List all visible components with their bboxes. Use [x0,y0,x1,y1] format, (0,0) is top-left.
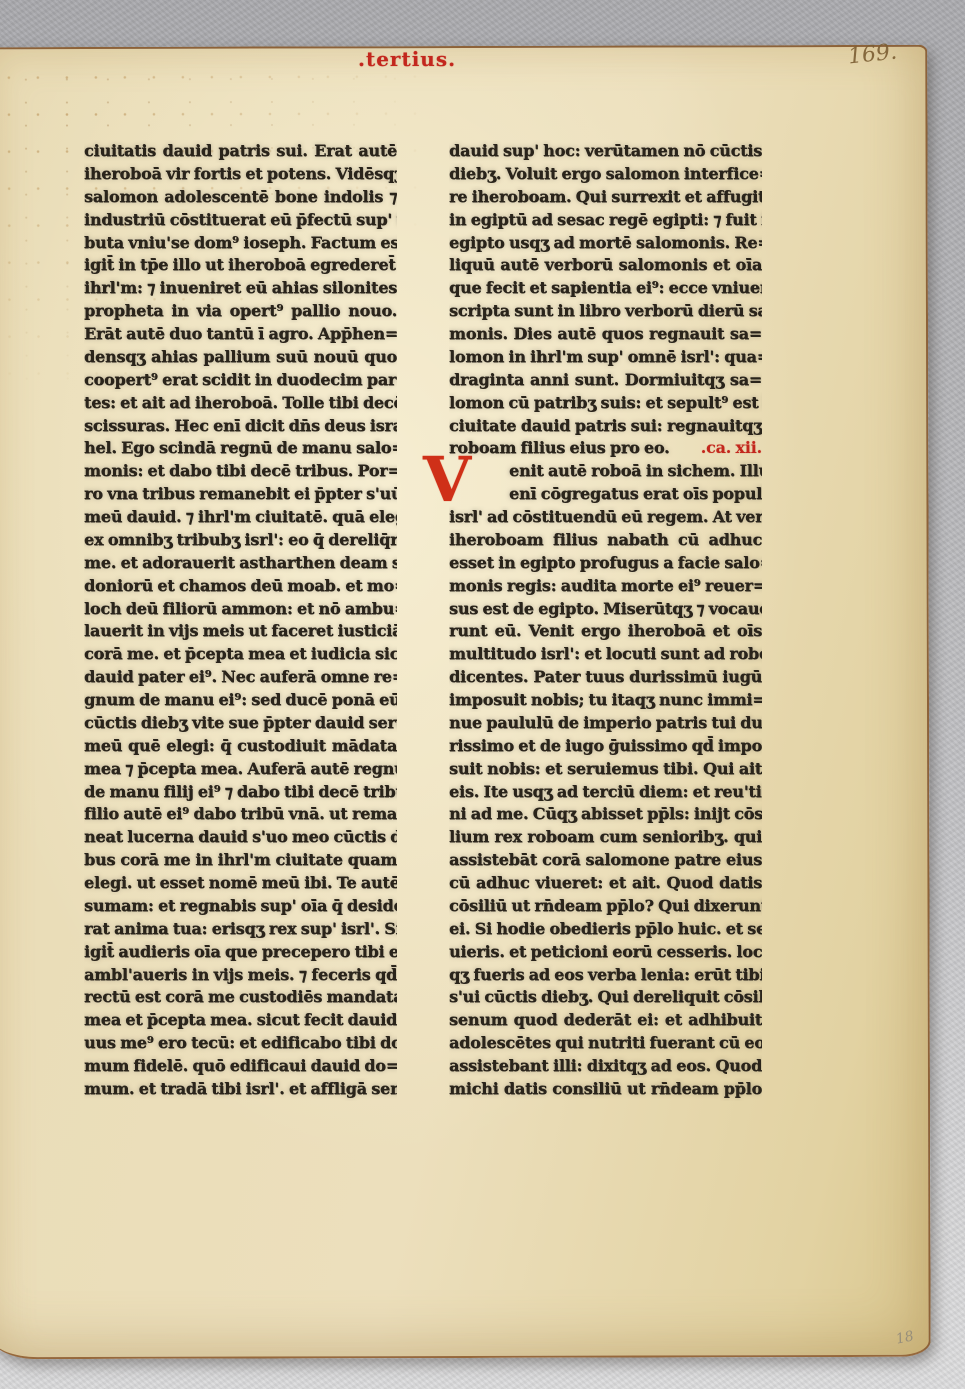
text-line: ciuitate dauid patris sui: regnauitqʒ [449,415,762,438]
drop-cap-initial: V [423,456,471,506]
text-line: ni ad me. Cūqʒ abisset pp̄ls: inijt cōsi… [449,803,762,826]
text-line: ciuitatis dauid patris sui. Erat autē [84,140,397,163]
text-line: egipto usqʒ ad mortē salomonis. Re= [449,232,762,255]
text-line: senum quod dederāt ei: et adhibuit [449,1009,762,1032]
running-title: .tertius. [358,47,478,71]
text-line: igit̄ in tp̄e illo ut iheroboā egrederet… [84,254,397,277]
text-line: mea ⁊ p̄cepta mea. Auferā autē regnū [84,758,397,781]
text-line: mum fidelē. quō edificaui dauid do= [84,1055,397,1078]
text-line-segment: roboam filius eius pro eo. [449,437,669,460]
text-line: tes: et ait ad iheroboā. Tolle tibi decē [84,392,397,415]
text-line: mea et p̄cepta mea. sicut fecit dauid se… [84,1009,397,1032]
text-line: elegi. ut esset nomē meū ibi. Te autē as… [84,872,397,895]
text-line: monis: et dabo tibi decē tribus. Por= [84,460,397,483]
text-line: cōsiliū ut rn̄deam pp̄lo? Qui dixerunt [449,895,762,918]
photo-canvas: { "page": { "running_title": ".tertius."… [0,0,965,1389]
text-line: uieris. et peticioni eorū cesseris. locu… [449,941,762,964]
text-line: multitudo isrl': et locuti sunt ad roboā [449,643,762,666]
text-line: loch deū filiorū ammon: et nō ambu= [84,598,397,621]
text-line: nue paululū de imperio patris tui du= [449,712,762,735]
text-line: scissuras. Hec enī dicit dn̄s deus isra= [84,415,397,438]
text-line: esset in egipto profugus a facie salo= [449,552,762,575]
text-line: industriū cōstituerat eū p̄fectū sup' tr… [84,209,397,232]
text-line: ei. Si hodie obedieris pp̄lo huic. et se… [449,918,762,941]
text-line: neat lucerna dauid s'uo meo cūctis die= [84,826,397,849]
text-line: runt eū. Venit ergo iheroboā et oīs [449,620,762,643]
text-line: s'ui cūctis diebʒ. Qui dereliquit cōsili… [449,986,762,1009]
text-line: lomon in ihrl'm sup' omnē isrl': qua= [449,346,762,369]
text-line: adolescētes qui nutriti fuerant cū eo ⁊ [449,1032,762,1055]
text-line: dauid pater ei⁹. Nec auferā omne re= [84,666,397,689]
text-line: ambl'aueris in vijs meis. ⁊ feceris qd̄ [84,964,397,987]
text-line: Erāt autē duo tantū ī agro. App̄hen= [84,323,397,346]
text-column-left: ciuitatis dauid patris sui. Erat autēihe… [84,140,397,1101]
text-line: in egiptū ad sesac regē egipti: ⁊ fuit i… [449,209,762,232]
text-column-right: V dauid sup' hoc: verūtamen nō cūctisdie… [449,140,762,1101]
text-line: iheroboā vir fortis et potens. Vidēsqʒ [84,163,397,186]
text-line: dicentes. Pater tuus durissimū iugū [449,666,762,689]
text-line: corā me. et p̄cepta mea et iudicia sicut [84,643,397,666]
text-line: gnum de manu ei⁹: sed ducē ponā eū [84,689,397,712]
text-line: que fecit et sapientia ei⁹: ecce vniuers… [449,277,762,300]
text-line: suit nobis: et seruiemus tibi. Qui ait [449,758,762,781]
text-line: lauerit in vijs meis ut faceret iusticiā [84,620,397,643]
text-line: bus corā me in ihrl'm ciuitate quam [84,849,397,872]
text-line: assistebant illi: dixitqʒ ad eos. Quod [449,1055,762,1078]
text-line: cū adhuc viueret: et ait. Quod datis [449,872,762,895]
text-line: doniorū et chamos deū moab. et mo= [84,575,397,598]
text-line: hel. Ego scindā regnū de manu salo= [84,437,397,460]
text-line: enit autē roboā in sichem. Illuc [449,460,762,483]
text-line: qʒ fueris ad eos verba lenia: erūt tibi [449,964,762,987]
text-line: de manu filij ei⁹ ⁊ dabo tibi decē tribu… [84,781,397,804]
text-line: iheroboam filius nabath cū adhuc [449,529,762,552]
text-line: coopert⁹ erat scidit in duodecim par= [84,369,397,392]
text-line: meū quē elegi: q̄ custodiuit mādata [84,735,397,758]
text-line: filio autē ei⁹ dabo tribū vnā. ut rema= [84,803,397,826]
text-line: isrl' ad cōstituendū eū regem. At vero [449,506,762,529]
text-line: monis regis: audita morte ei⁹ reuer= [449,575,762,598]
text-line: ex omnibʒ tribubʒ isrl': eo q̄ dereliq̄r… [84,529,397,552]
text-line: liquū autē verborū salomonis et oīa [449,254,762,277]
text-line: eis. Ite usqʒ ad terciū diem: et reu'tim… [449,781,762,804]
text-line: propheta in via opert⁹ pallio nouo. [84,300,397,323]
text-line: draginta anni sunt. Dormiuitqʒ sa= [449,369,762,392]
text-line: diebʒ. Voluit ergo salomon interfice= [449,163,762,186]
text-line: rissimo et de iugo ḡuissimo qd̄ impo= [449,735,762,758]
chapter-rubric: .ca. xii. [701,437,762,460]
text-line: dauid sup' hoc: verūtamen nō cūctis [449,140,762,163]
text-line: rat anima tua: erisqʒ rex sup' isrl'. Si [84,918,397,941]
text-line: densqʒ ahias pallium suū nouū quo [84,346,397,369]
text-line: re iheroboam. Qui surrexit et affugit [449,186,762,209]
text-line: monis. Dies autē quos regnauit sa= [449,323,762,346]
text-line: ro vna tribus remanebit ei p̄pter s'uū [84,483,397,506]
text-line: enī cōgregatus erat oīs popul⁹ [449,483,762,506]
text-line: lomon cū patribʒ suis: et sepult⁹ est ī [449,392,762,415]
text-line: scripta sunt in libro verborū dierū salo… [449,300,762,323]
text-line: michi datis consiliū ut rn̄deam pp̄lo [449,1078,762,1101]
text-line: uus me⁹ ero tecū: et edificabo tibi do= [84,1032,397,1055]
text-line: buta vniu'se dom⁹ ioseph. Factum est [84,232,397,255]
text-line: meū dauid. ⁊ ihrl'm ciuitatē. quā elegi [84,506,397,529]
text-line: salomon adolescentē bone indolis ⁊ [84,186,397,209]
text-line: roboam filius eius pro eo..ca. xii. [449,437,762,460]
text-line: igit̄ audieris oīa que precepero tibi et [84,941,397,964]
text-line: sus est de egipto. Miserūtqʒ ⁊ vocaue= [449,598,762,621]
folio-number: 169. [847,40,898,70]
text-line: sumam: et regnabis sup' oīa q̄ deside= [84,895,397,918]
text-line: cūctis diebʒ vite sue p̄pter dauid seruū [84,712,397,735]
text-line: assistebāt corā salomone patre eius [449,849,762,872]
text-line: rectū est corā me custodiēs mandata [84,986,397,1009]
text-line: lium rex roboam cum senioribʒ. qui [449,826,762,849]
text-line: mum. et tradā tibi isrl'. et affligā sem… [84,1078,397,1101]
text-line: me. et adorauerit astharthen deam sy= [84,552,397,575]
text-line: ihrl'm: ⁊ inueniret eū ahias silonites [84,277,397,300]
text-line: imposuit nobis; tu itaqʒ nunc immi= [449,689,762,712]
